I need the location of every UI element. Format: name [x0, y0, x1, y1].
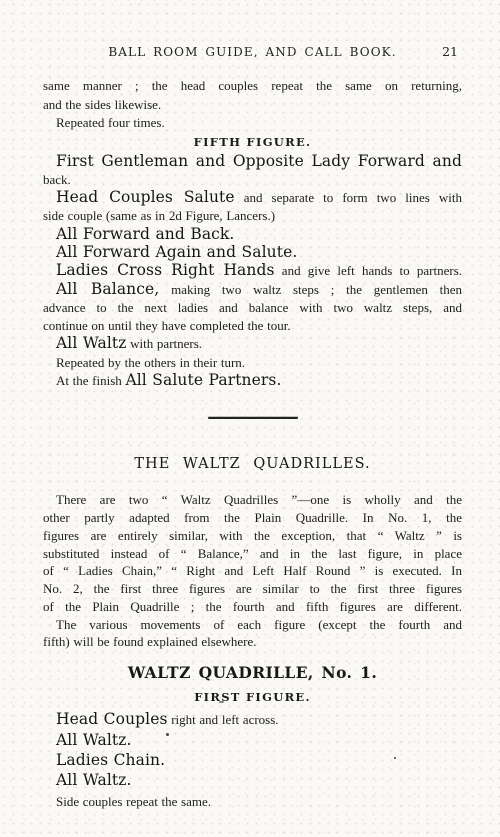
body-text: of “ Ladies Chain,” “ Right and Left Hal…	[43, 563, 462, 578]
text-content: same manner ; the head couples repeat th…	[43, 77, 462, 812]
body-text: No. 2, the first three figures are simil…	[43, 581, 462, 596]
page-number: 21	[442, 45, 458, 59]
section-divider	[208, 417, 298, 419]
dance-call: All Salute Partners.	[125, 371, 281, 389]
text-line: figures are entirely similar, with the e…	[43, 527, 462, 545]
first-figure-lines: Head Couples right and left across.All W…	[43, 710, 462, 812]
text-line: continue on until they have completed th…	[43, 317, 462, 335]
body-text: figures are entirely similar, with the e…	[43, 528, 462, 543]
text-line: Repeated four times.	[43, 114, 462, 133]
ink-speck	[394, 757, 396, 759]
intro-lines: same manner ; the head couples repeat th…	[43, 77, 462, 133]
text-line: Ladies Chain.	[43, 751, 462, 771]
body-text: The various movements of each figure (ex…	[56, 617, 462, 632]
text-line: of the Plain Quadrille ; the fourth and …	[43, 598, 462, 616]
dance-call: Head Couples	[56, 710, 168, 728]
text-line: fifth) will be found explained elsewhere…	[43, 633, 462, 651]
text-line: All Waltz.	[43, 771, 462, 791]
header-title: BALL ROOM GUIDE, AND CALL BOOK.	[108, 45, 396, 59]
text-line: First Gentleman and Opposite Lady Forwar…	[43, 153, 462, 171]
body-text: Side couples repeat the same.	[56, 794, 211, 809]
body-text: There are two “ Waltz Quadrilles ”—one i…	[56, 492, 462, 507]
text-line: The various movements of each figure (ex…	[43, 616, 462, 634]
body-text: continue on until they have completed th…	[43, 318, 291, 333]
text-line: Ladies Cross Right Hands and give left h…	[43, 262, 462, 280]
waltz-quadrille-1-heading: WALTZ QUADRILLE, No. 1.	[43, 663, 462, 682]
first-figure-heading: FIRST FIGURE.	[43, 691, 462, 704]
text-line: same manner ; the head couples repeat th…	[43, 77, 462, 96]
text-line: No. 2, the first three figures are simil…	[43, 580, 462, 598]
dance-call: All Forward Again and Salute.	[56, 243, 297, 261]
body-text: right and left across.	[168, 712, 279, 727]
text-line: advance to the next ladies and balance w…	[43, 299, 462, 317]
dance-call: All Waltz.	[56, 771, 132, 789]
body-text: advance to the next ladies and balance w…	[43, 300, 462, 315]
text-line: Head Couples Salute and separate to form…	[43, 189, 462, 207]
ink-speck	[219, 701, 224, 703]
dance-call: All Waltz.	[56, 731, 132, 749]
body-text: same manner ; the head couples repeat th…	[43, 78, 462, 93]
dance-call: Ladies Cross Right Hands	[56, 261, 275, 279]
text-line: At the finish All Salute Partners.	[43, 372, 462, 390]
body-text: side couple (same as in 2d Figure, Lance…	[43, 208, 275, 223]
ink-speck	[166, 733, 169, 736]
text-line: All Forward Again and Salute.	[43, 244, 462, 262]
body-text: making two waltz steps ; the gentlemen t…	[159, 282, 462, 297]
text-line: All Forward and Back.	[43, 226, 462, 244]
text-line: Side couples repeat the same.	[43, 792, 462, 812]
dance-call: First Gentleman and Opposite Lady Forwar…	[56, 152, 462, 170]
body-text: fifth) will be found explained elsewhere…	[43, 634, 257, 649]
text-line: All Waltz with partners.	[43, 335, 462, 353]
body-text: with partners.	[127, 336, 203, 351]
text-line: and the sides likewise.	[43, 96, 462, 115]
text-line: All Balance, making two waltz steps ; th…	[43, 281, 462, 299]
text-line: of “ Ladies Chain,” “ Right and Left Hal…	[43, 562, 462, 580]
body-text: substituted instead of “ Balance,” and i…	[43, 546, 462, 561]
text-line: There are two “ Waltz Quadrilles ”—one i…	[43, 491, 462, 509]
text-line: Head Couples right and left across.	[43, 710, 462, 730]
text-line: substituted instead of “ Balance,” and i…	[43, 545, 462, 563]
waltz-quadrilles-heading: THE WALTZ QUADRILLES.	[43, 455, 462, 473]
fifth-figure-heading: FIFTH FIGURE.	[43, 136, 462, 149]
dance-call: All Waltz	[56, 334, 127, 352]
body-text: of the Plain Quadrille ; the fourth and …	[43, 599, 462, 614]
fifth-figure-lines: First Gentleman and Opposite Lady Forwar…	[43, 153, 462, 391]
dance-call: All Forward and Back.	[56, 225, 234, 243]
dance-call: Ladies Chain.	[56, 751, 165, 769]
scanned-book-page: BALL ROOM GUIDE, AND CALL BOOK. 21 same …	[0, 0, 500, 837]
body-text: Repeated four times.	[56, 115, 165, 130]
text-line: side couple (same as in 2d Figure, Lance…	[43, 207, 462, 225]
body-text: At the finish	[56, 373, 125, 388]
waltz-intro-lines: There are two “ Waltz Quadrilles ”—one i…	[43, 491, 462, 651]
text-line: back.	[43, 171, 462, 189]
body-text: other partly adapted from the Plain Quad…	[43, 510, 462, 525]
dance-call: Head Couples Salute	[56, 188, 235, 206]
text-line: Repeated by the others in their turn.	[43, 354, 462, 372]
dance-call: All Balance,	[56, 280, 159, 298]
running-header: BALL ROOM GUIDE, AND CALL BOOK. 21	[43, 45, 462, 61]
body-text: and the sides likewise.	[43, 97, 161, 112]
text-line: other partly adapted from the Plain Quad…	[43, 509, 462, 527]
body-text: back.	[43, 172, 71, 187]
text-line: All Waltz.	[43, 731, 462, 751]
body-text: and give left hands to partners.	[275, 263, 462, 278]
body-text: Repeated by the others in their turn.	[56, 355, 245, 370]
body-text: and separate to form two lines with	[235, 190, 462, 205]
